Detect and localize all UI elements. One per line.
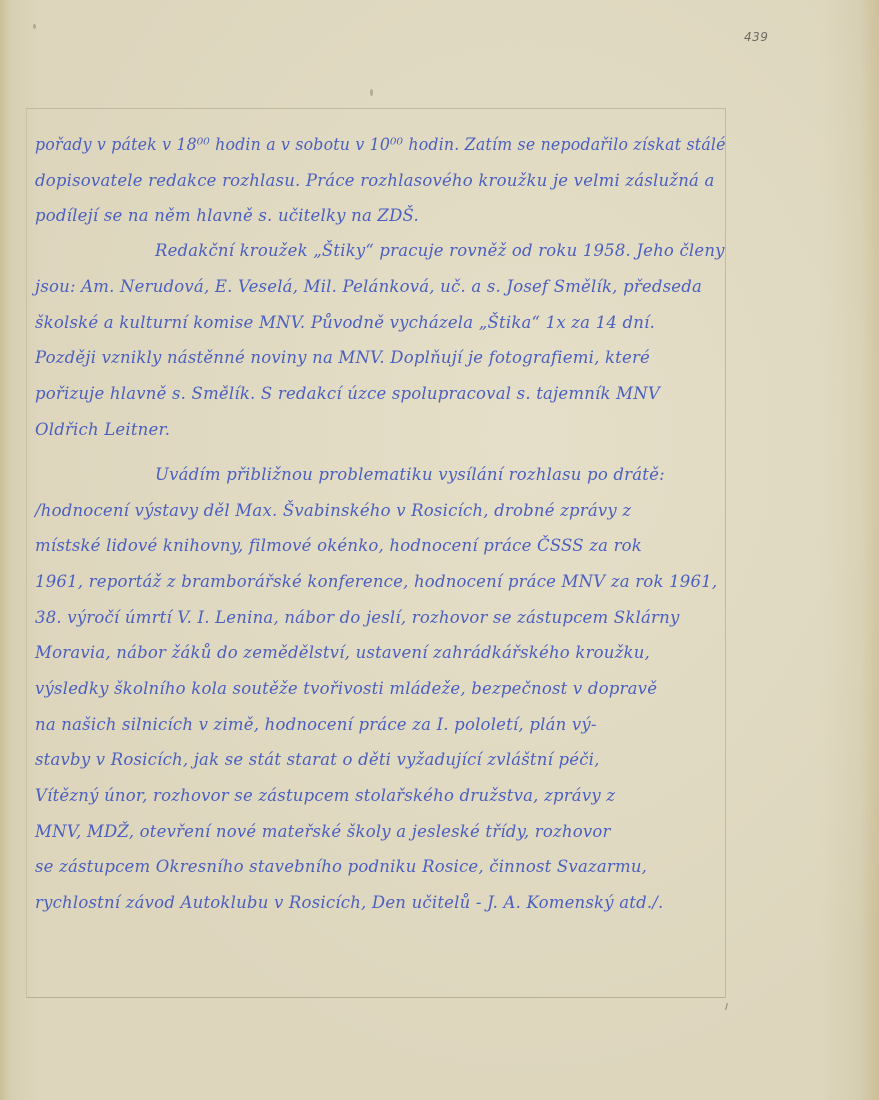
text-line: Moravia, nábor žáků do zemědělství, usta… [35, 643, 650, 662]
text-line: Oldřich Leitner. [35, 420, 170, 439]
text-line: 38. výročí úmrtí V. I. Lenina, nábor do … [35, 608, 679, 627]
text-line: rychlostní závod Autoklubu v Rosicích, D… [35, 893, 663, 912]
text-line: na našich silnicích v zimě, hodnocení pr… [35, 715, 597, 734]
text-line: výsledky školního kola soutěže tvořivost… [35, 679, 657, 698]
paper-speck [33, 24, 36, 29]
text-line: se zástupcem Okresního stavebního podnik… [35, 857, 647, 876]
paragraph-start-line: Uvádím přibližnou problematiku vysílání … [155, 465, 665, 484]
text-line: Vítězný únor, rozhovor se zástupcem stol… [35, 786, 615, 805]
text-line: pořizuje hlavně s. Smělík. S redakcí úzc… [35, 384, 660, 403]
text-line: pořady v pátek v 18⁰⁰ hodin a v sobotu v… [35, 135, 726, 154]
paper-speck [370, 89, 373, 96]
text-line: /hodnocení výstavy děl Max. Švabinského … [35, 501, 631, 520]
pencil-mark [725, 1003, 728, 1010]
text-line: školské a kulturní komise MNV. Původně v… [35, 313, 655, 332]
paper-speck [225, 385, 228, 391]
text-line: podílejí se na něm hlavně s. učitelky na… [35, 206, 419, 225]
text-line: jsou: Am. Nerudová, E. Veselá, Mil. Pelá… [35, 277, 702, 296]
text-line: Později vznikly nástěnné noviny na MNV. … [35, 348, 650, 367]
text-line: 1961, reportáž z bramborářské konference… [35, 572, 717, 591]
chronicle-page: 439 pořady v pátek v 18⁰⁰ hodin a v sobo… [0, 0, 879, 1100]
page-number: 439 [744, 30, 768, 44]
paragraph-start-line: Redakční kroužek „Štiky“ pracuje rovněž … [155, 241, 725, 260]
text-line: místské lidové knihovny, filmové okénko,… [35, 536, 642, 555]
text-line: MNV, MDŽ, otevření nové mateřské školy a… [35, 822, 611, 841]
text-line: stavby v Rosicích, jak se stát starat o … [35, 750, 600, 769]
text-line: dopisovatele redakce rozhlasu. Práce roz… [35, 171, 715, 190]
